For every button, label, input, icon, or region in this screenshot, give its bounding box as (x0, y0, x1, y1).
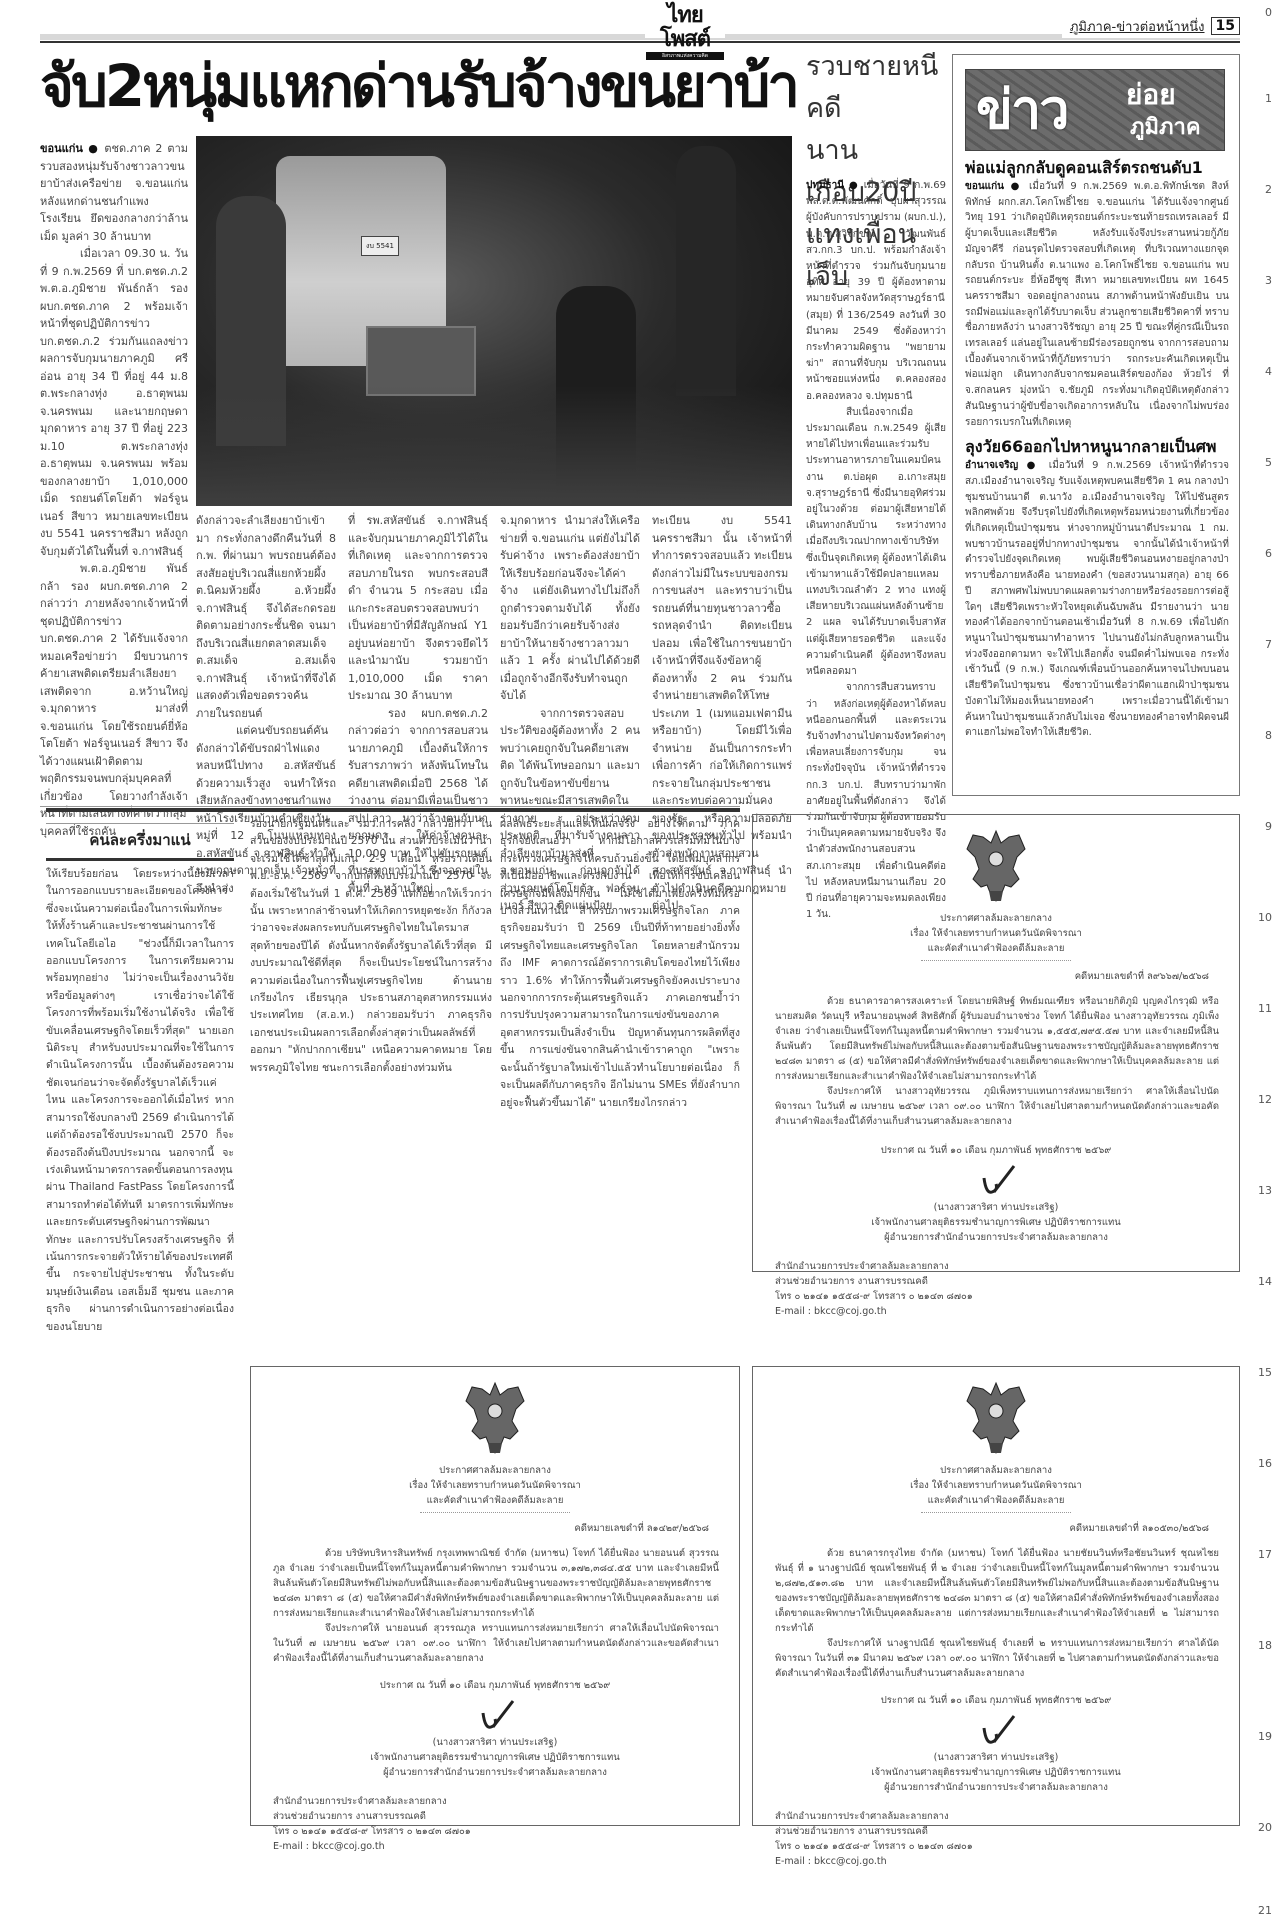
notice-subject: เรื่อง ให้จำเลยทราบกำหนดวันนัดพิจารณา (753, 926, 1239, 941)
notice-paragraph: ด้วย ธนาคารอาคารสงเคราะห์ โดยนายพิสิษฐ์ … (775, 994, 1219, 1084)
regional-briefs-box: ข่าว ย่อย ภูมิภาค พ่อแม่ลูกกลับดูคอนเสิร… (952, 54, 1240, 796)
main-paragraph: พ.ต.อ.ภูมิชาย พันธ์กล้า รอง ผบก.ตชด.ภาค … (40, 560, 188, 840)
ruler-mark: 16 (1258, 1457, 1272, 1470)
side-paragraph: สืบเนื่องจากเมื่อประมาณเดือน ก.พ.2549 ผู… (806, 405, 946, 680)
office-phone: โทร ๐ ๒๑๔๑ ๑๕๕๘-๙ โทรสาร ๐ ๒๑๔๓ ๘๗๐๑ (775, 1289, 1239, 1304)
court-notice: ประกาศศาลล้มละลายกลาง เรื่อง ให้จำเลยทรา… (250, 1366, 740, 1826)
case-number: คดีหมายเลขดำที่ ล๑๔๒๙/๒๕๖๘ (251, 1521, 739, 1536)
ruler-mark: 6 (1265, 547, 1272, 560)
brief-body: อำนาจเจริญ ● เมื่อวันที่ 9 ก.พ.2569 เจ้า… (965, 458, 1229, 741)
opinion-column-title: คนละครึ่งมาแน่ (46, 828, 234, 852)
notice-subject: และคัดสำเนาคำฟ้องคดีล้มละลาย (251, 1493, 739, 1508)
page-ruler: 0 1 2 3 4 5 6 7 8 9 10 11 12 13 14 15 16… (1240, 0, 1286, 1920)
ruler-mark: 8 (1265, 729, 1272, 742)
office-name: สำนักอำนวยการประจำศาลล้มละลายกลาง (775, 1259, 1239, 1274)
announce-date: ประกาศ ณ วันที่ ๑๐ เดือน กุมภาพันธ์ พุทธ… (753, 1143, 1239, 1158)
main-paragraph: จ.มุกดาหาร นำมาส่งให้เครือข่ายที่ จ.ขอนแ… (500, 512, 640, 705)
logo-name: ไทยโพสต์ (645, 4, 725, 52)
main-dateline: ขอนแก่น ● (40, 142, 99, 155)
opinion-column-1: ให้เรียบร้อยก่อน โดยระหว่างนี้ยังมีเวลาใ… (46, 866, 234, 1916)
signature-icon (475, 1697, 515, 1733)
section-divider (40, 806, 740, 807)
notice-paragraph: จึงประกาศให้ นางฐาปณีย์ ชุณหไชยพันธุ์ จำ… (775, 1636, 1219, 1681)
side-paragraph: เมื่อวันที่ 9 ก.พ.69 พล.ต.ต.พัฒนศักดิ์ บ… (806, 180, 946, 402)
brief-title: ลุงวัย66ออกไปหาหนูนากลายเป็นศพ (965, 436, 1229, 458)
section-divider (46, 808, 740, 812)
main-paragraph: ดังกล่าวจะลำเลียงยาบ้าเข้ามา กระทั่งกลาง… (196, 512, 336, 722)
notice-body: ด้วย ธนาคารกรุงไทย จำกัด (มหาชน) โจทก์ ไ… (753, 1536, 1239, 1681)
regional-briefs-banner: ข่าว ย่อย ภูมิภาค (965, 69, 1225, 151)
dotted-divider (921, 960, 1071, 961)
signer-name: (นางสาวสาริศา ท่านประเสริฐ) (251, 1735, 739, 1750)
notice-footer: สำนักอำนวยการประจำศาลล้มละลายกลาง ส่วนช่… (251, 1780, 739, 1864)
ruler-mark: 4 (1265, 365, 1272, 378)
notice-paragraph: จึงประกาศให้ นางสาวอุทัยวรรณ ภูมิเพ็งทรา… (775, 1084, 1219, 1129)
brief-body: ขอนแก่น ● เมื่อวันที่ 9 ก.พ.2569 พ.ต.อ.พ… (965, 179, 1229, 430)
ruler-mark: 7 (1265, 638, 1272, 651)
signer-title: ผู้อำนวยการสำนักอำนวยการประจำศาลล้มละลาย… (753, 1780, 1239, 1795)
opinion-paragraph: ผลลัพธ์ระยะสั้นและเห็นผลจริง อย่างไรก็ตา… (500, 816, 740, 1112)
masthead-bar (40, 34, 1240, 40)
signature-icon (976, 1712, 1016, 1748)
brief-title: พ่อแม่ลูกกลับดูคอนเสิร์ตรถชนดับ1 (965, 157, 1229, 179)
column-title-rule (46, 858, 234, 861)
opinion-paragraph: ให้เรียบร้อยก่อน โดยระหว่างนี้ยังมีเวลาใ… (46, 866, 234, 1336)
brief-dateline: ขอนแก่น ● (965, 181, 1023, 192)
office-name: สำนักอำนวยการประจำศาลล้มละลายกลาง (775, 1809, 1239, 1824)
office-email: E-mail : bkcc@coj.go.th (273, 1839, 739, 1854)
brief-dateline: อำนาจเจริญ ● (965, 460, 1041, 471)
newspaper-logo: ไทยโพสต์ อิสรภาพแห่งความคิด (645, 4, 725, 38)
main-lead: ตชด.ภาค 2 ตามรวบสองหนุ่มรับจ้างชาวลาวขนย… (40, 142, 188, 243)
office-phone: โทร ๐ ๒๑๔๑ ๑๕๕๘-๙ โทรสาร ๐ ๒๑๔๓ ๘๗๐๑ (273, 1824, 739, 1839)
office-division: ส่วนช่วยอำนวยการ งานสารบรรณคดี (775, 1274, 1239, 1289)
dotted-divider (921, 1512, 1071, 1513)
notice-subject: เรื่อง ให้จำเลยทราบกำหนดวันนัดพิจารณา (251, 1478, 739, 1493)
ruler-mark: 17 (1258, 1548, 1272, 1561)
notice-footer: สำนักอำนวยการประจำศาลล้มละลายกลาง ส่วนช่… (753, 1245, 1239, 1329)
photo-ground (196, 386, 792, 506)
banner-title: ข่าว (976, 72, 1068, 148)
photo-officer (676, 146, 736, 396)
notice-paragraph: จึงประกาศให้ นายอนนต์ สุวรรณภูล ทราบแทนก… (273, 1621, 719, 1666)
photo-license-plate: งบ 5541 (361, 236, 399, 256)
court-notice: ประกาศศาลล้มละลายกลาง เรื่อง ให้จำเลยทรา… (752, 1366, 1240, 1826)
ruler-mark: 0 (1265, 6, 1272, 19)
notice-title: ประกาศศาลล้มละลายกลาง (753, 911, 1239, 926)
signer-title: เจ้าพนักงานศาลยุติธรรมชำนาญการพิเศษ ปฏิบ… (753, 1215, 1239, 1230)
signer-name: (นางสาวสาริศา ท่านประเสริฐ) (753, 1750, 1239, 1765)
office-division: ส่วนช่วยอำนวยการ งานสารบรรณคดี (775, 1824, 1239, 1839)
office-phone: โทร ๐ ๒๑๔๑ ๑๕๕๘-๙ โทรสาร ๐ ๒๑๔๓ ๘๗๐๑ (775, 1839, 1239, 1854)
ruler-mark: 15 (1258, 1366, 1272, 1379)
ruler-mark: 12 (1258, 1093, 1272, 1106)
notice-title: ประกาศศาลล้มละลายกลาง (251, 1463, 739, 1478)
ruler-mark: 21 (1258, 1904, 1272, 1917)
office-email: E-mail : bkcc@coj.go.th (775, 1854, 1239, 1869)
notice-subject: เรื่อง ให้จำเลยทราบกำหนดวันนัดพิจารณา (753, 1478, 1239, 1493)
notice-footer: สำนักอำนวยการประจำศาลล้มละลายกลาง ส่วนช่… (753, 1795, 1239, 1879)
notice-subject: และคัดสำเนาคำฟ้องคดีล้มละลาย (753, 941, 1239, 956)
garuda-emblem-icon (961, 1381, 1031, 1457)
garuda-emblem-icon (961, 829, 1031, 905)
main-headline: จับ2หนุ่มแหกด่านรับจ้างขนยาบ้า (40, 46, 792, 126)
office-email: E-mail : bkcc@coj.go.th (775, 1304, 1239, 1319)
masthead: ไทยโพสต์ อิสรภาพแห่งความคิด ภูมิภาค-ข่าว… (40, 0, 1240, 44)
side-story-body: ปทุมธานี ● เมื่อวันที่ 9 ก.พ.69 พล.ต.ต.พ… (806, 178, 946, 923)
section-label: ภูมิภาค-ข่าวต่อหน้าหนึ่ง (1070, 16, 1205, 37)
announce-date: ประกาศ ณ วันที่ ๑๐ เดือน กุมภาพันธ์ พุทธ… (753, 1693, 1239, 1708)
ruler-mark: 1 (1265, 92, 1272, 105)
office-name: สำนักอำนวยการประจำศาลล้มละลายกลาง (273, 1794, 739, 1809)
ruler-mark: 11 (1258, 1002, 1272, 1015)
section-header: ภูมิภาค-ข่าวต่อหน้าหนึ่ง 15 (1062, 14, 1240, 38)
ruler-mark: 10 (1258, 911, 1272, 924)
signature-icon (976, 1162, 1016, 1198)
main-story-column-1: ขอนแก่น ● ตชด.ภาค 2 ตามรวบสองหนุ่มรับจ้า… (40, 140, 188, 840)
side-dateline: ปทุมธานี ● (806, 180, 859, 191)
brief-text: เมื่อวันที่ 9 ก.พ.2569 เจ้าหน้าที่ตำรวจ … (965, 460, 1229, 738)
garuda-emblem-icon (460, 1381, 530, 1457)
banner-subtitle: ภูมิภาค (1130, 114, 1201, 142)
case-number: คดีหมายเลขดำที่ ล๑๐๕๓๐/๒๕๖๘ (753, 1521, 1239, 1536)
ruler-mark: 18 (1258, 1639, 1272, 1652)
signer-title: เจ้าพนักงานศาลยุติธรรมชำนาญการพิเศษ ปฏิบ… (251, 1750, 739, 1765)
brief-text: เมื่อวันที่ 9 ก.พ.2569 พ.ต.อ.พิทักษ์เชต … (965, 181, 1229, 428)
ruler-mark: 3 (1265, 274, 1272, 287)
main-paragraph: เมื่อเวลา 09.30 น. วันที่ 9 ก.พ.2569 ที่… (40, 245, 188, 560)
ruler-mark: 19 (1258, 1730, 1272, 1743)
case-number: คดีหมายเลขดำที่ ล๙๖๖๗/๒๕๖๘ (753, 969, 1239, 984)
office-division: ส่วนช่วยอำนวยการ งานสารบรรณคดี (273, 1809, 739, 1824)
signer-title: ผู้อำนวยการสำนักอำนวยการประจำศาลล้มละลาย… (251, 1765, 739, 1780)
ruler-mark: 14 (1258, 1275, 1272, 1288)
signer-name: (นางสาวสาริศา ท่านประเสริฐ) (753, 1200, 1239, 1215)
newspaper-page: ไทยโพสต์ อิสรภาพแห่งความคิด ภูมิภาค-ข่าว… (0, 0, 1240, 1920)
banner-subtitle: ย่อย (1126, 80, 1176, 110)
ruler-mark: 20 (1258, 1821, 1272, 1834)
notice-paragraph: ด้วย บริษัทบริหารสินทรัพย์ กรุงเทพพาณิชย… (273, 1546, 719, 1621)
notice-paragraph: ด้วย ธนาคารกรุงไทย จำกัด (มหาชน) โจทก์ ไ… (775, 1546, 1219, 1636)
opinion-paragraph: รองนายกรัฐมนตรีและ รมว.การคลัง กล่าวอีกว… (250, 816, 492, 1077)
notice-subject: และคัดสำเนาคำฟ้องคดีล้มละลาย (753, 1493, 1239, 1508)
notice-body: ด้วย ธนาคารอาคารสงเคราะห์ โดยนายพิสิษฐ์ … (753, 984, 1239, 1129)
ruler-mark: 13 (1258, 1184, 1272, 1197)
notice-body: ด้วย บริษัทบริหารสินทรัพย์ กรุงเทพพาณิชย… (251, 1536, 739, 1666)
court-notice: ประกาศศาลล้มละลายกลาง เรื่อง ให้จำเลยทรา… (752, 814, 1240, 1272)
signer-title: ผู้อำนวยการสำนักอำนวยการประจำศาลล้มละลาย… (753, 1230, 1239, 1245)
announce-date: ประกาศ ณ วันที่ ๑๐ เดือน กุมภาพันธ์ พุทธ… (251, 1678, 739, 1693)
opinion-column-2: รองนายกรัฐมนตรีและ รมว.การคลัง กล่าวอีกว… (250, 816, 492, 1316)
masthead-rule (40, 41, 1240, 43)
signer-title: เจ้าพนักงานศาลยุติธรรมชำนาญการพิเศษ ปฏิบ… (753, 1765, 1239, 1780)
opinion-column-3: ผลลัพธ์ระยะสั้นและเห็นผลจริง อย่างไรก็ตา… (500, 816, 740, 1316)
ruler-mark: 5 (1265, 456, 1272, 469)
notice-title: ประกาศศาลล้มละลายกลาง (753, 1463, 1239, 1478)
column-title-rule (46, 823, 234, 824)
ruler-mark: 2 (1265, 183, 1272, 196)
main-paragraph: ที่ รพ.สหัสขันธ์ จ.กาฬสินธุ์ และจับกุมนา… (348, 512, 488, 705)
dotted-divider (420, 1512, 570, 1513)
ruler-mark: 9 (1265, 820, 1272, 833)
side-headline-line: รวบชายหนีคดี (806, 46, 951, 130)
news-photo: งบ 5541 (196, 136, 792, 506)
page-number: 15 (1211, 17, 1240, 35)
